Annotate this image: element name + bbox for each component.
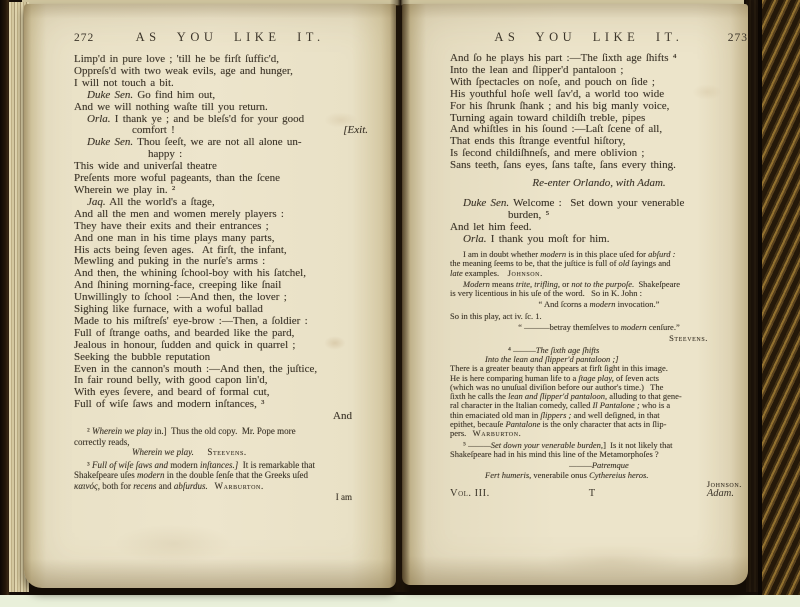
paper-stain xyxy=(114,524,234,564)
text-line: ² Wherein we play in.] Thus the old copy… xyxy=(74,426,368,437)
text-segment: And one man in his time plays many parts… xyxy=(74,232,275,244)
text-segment: It is remarkable that xyxy=(238,460,315,470)
text-segment: “ And ſcorns a xyxy=(539,299,590,309)
footnote: ———PatremqueFert humeris, venerabile onu… xyxy=(450,461,748,489)
signature-line: Vol. III. T Adam. xyxy=(450,488,748,499)
book-cover-right-edge xyxy=(758,0,800,595)
text-line: correctly reads, xyxy=(74,437,368,448)
left-page: 272 AS YOU LIKE IT. Limp'd in pure love … xyxy=(24,4,396,588)
footnote: I am in doubt whether modern is in this … xyxy=(450,250,748,278)
text-segment: ſayings and xyxy=(629,258,670,268)
text-segment xyxy=(194,447,208,457)
text-segment: Jaq. xyxy=(87,196,106,208)
footnote: ² Wherein we play in.] Thus the old copy… xyxy=(74,426,368,458)
text-segment: Full of ſtrange oaths, and bearded like … xyxy=(74,327,294,339)
text-segment: is the only character that acts in ſlip- xyxy=(540,419,666,429)
book-scan: 272 AS YOU LIKE IT. Limp'd in pure love … xyxy=(0,0,800,607)
text-segment: They have their exits and their entrance… xyxy=(74,220,269,232)
catchword: Adam. xyxy=(644,488,748,499)
text-line: So in this play, act iv. ſc. 1. xyxy=(450,312,748,321)
text-segment: καινός, xyxy=(74,481,100,491)
text-segment: Turning again toward childiſh treble, pi… xyxy=(450,112,645,124)
text-segment: Jealous in honour, ſudden and quick in q… xyxy=(74,339,295,351)
text-segment: Full of wiſe ſaws and xyxy=(92,460,168,470)
text-segment: I will not touch a bit. xyxy=(74,77,174,89)
text-segment: “ ———betray themſelves to xyxy=(518,322,620,332)
text-segment: Limp'd in pure love ; 'till he be firſt … xyxy=(74,53,279,65)
footnote: So in this play, act iv. ſc. 1. xyxy=(450,312,748,321)
text-segment xyxy=(208,481,215,491)
text-segment: modern xyxy=(137,470,165,480)
text-line: late examples. Johnson. xyxy=(450,269,748,278)
text-segment: And we will nothing waſte till you retur… xyxy=(74,101,268,113)
footnote: ⁴ ———The ſixth age ſhiftsInto the lean a… xyxy=(450,346,748,439)
text-line: Sans teeth, ſans eyes, ſans taſte, ſans … xyxy=(450,160,748,172)
text-segment: Wherein we play in. ² xyxy=(74,184,175,196)
text-line: is very licentious in his uſe of the wor… xyxy=(450,289,748,298)
text-line: Orla. I thank ye ; and be bleſs'd for yo… xyxy=(74,114,368,126)
text-line: I am xyxy=(74,492,368,503)
text-line: And xyxy=(74,411,368,423)
text-segment: Made to his miſtreſs' eye-brow :—Then, a… xyxy=(74,315,308,327)
text-segment: This wide and univerſal theatre xyxy=(74,160,217,172)
text-segment: Wherein we play xyxy=(92,426,154,436)
text-segment: Oppreſs'd with two weak evils, age and h… xyxy=(74,65,293,77)
text-segment: modern xyxy=(590,299,616,309)
text-segment: [Exit. xyxy=(343,125,368,137)
text-line: pers. Warburton. xyxy=(450,429,748,438)
text-segment: Into the lean and ſlipper'd pantaloon ; xyxy=(450,64,624,76)
text-segment: Steevens. xyxy=(669,333,708,343)
text-segment: Is ſecond childiſhneſs, and mere oblivio… xyxy=(450,147,644,159)
text-segment: Go find him out, xyxy=(133,89,215,101)
right-page-number: 273 xyxy=(728,32,748,44)
text-line: Wherein we play. Steevens. xyxy=(74,447,368,458)
text-segment: And then, the whining ſchool-boy with hi… xyxy=(74,267,306,279)
text-line: Re-enter Orlando, with Adam. xyxy=(450,178,748,190)
text-segment: Re-enter Orlando, with Adam. xyxy=(532,177,665,189)
text-segment: is very licentious in his uſe of the wor… xyxy=(450,288,642,298)
text-segment: Shakeſpeare had in his mind this line of… xyxy=(450,449,659,459)
text-segment: Duke Sen. xyxy=(463,197,509,209)
text-segment: Preſents more woful pageants, than the ſ… xyxy=(74,172,280,184)
text-segment: Mewling and puking in the nurſe's arms : xyxy=(74,255,265,267)
text-segment: Seeking the bubble reputation xyxy=(74,351,210,363)
text-segment: Sighing like furnace, with a woful balla… xyxy=(74,303,263,315)
footnote: ⁵ ———Set down your venerable burden,] Is… xyxy=(450,441,748,460)
text-segment: And whiſtles in his ſound :—Laſt ſcene o… xyxy=(450,123,662,135)
text-segment: pers. xyxy=(450,428,473,438)
text-line: ³ Full of wiſe ſaws and modern inſtances… xyxy=(74,460,368,471)
text-segment: So in this play, act iv. ſc. 1. xyxy=(450,311,542,321)
right-running-title: AS YOU LIKE IT. xyxy=(450,30,728,45)
text-segment: comfort ! xyxy=(132,124,175,136)
left-footnotes: ² Wherein we play in.] Thus the old copy… xyxy=(74,426,368,502)
text-segment: That ends this ſtrange eventful hiſtory, xyxy=(450,135,625,147)
text-segment: Sans teeth, ſans eyes, ſans taſte, ſans … xyxy=(450,159,676,171)
text-segment: late xyxy=(450,268,463,278)
left-running-head: 272 AS YOU LIKE IT. xyxy=(74,30,366,45)
footnote: Steevens. xyxy=(450,334,748,343)
footnote: ³ Full of wiſe ſaws and modern inſtances… xyxy=(74,460,368,502)
scanner-bed xyxy=(0,595,800,607)
text-segment: In fair round belly, with good capon lin… xyxy=(74,374,268,386)
text-segment: And xyxy=(333,410,352,422)
text-segment: All the world's a ſtage, xyxy=(106,196,215,208)
volume-label: Vol. III. xyxy=(450,488,540,499)
left-running-title: AS YOU LIKE IT. xyxy=(94,30,366,45)
text-segment: Warburton. xyxy=(215,481,264,491)
text-segment: happy : xyxy=(148,148,182,160)
text-segment: Full of wiſe ſaws and modern inſtances, … xyxy=(74,398,264,410)
text-segment: Unwillingly to ſchool :—And then, the lo… xyxy=(74,291,287,303)
footnote: “ ———betray themſelves to modern cenſure… xyxy=(450,323,748,332)
text-segment: Steevens. xyxy=(207,447,246,457)
right-page: AS YOU LIKE IT. 273 And ſo he plays his … xyxy=(402,4,748,585)
text-segment: Fert humeris, xyxy=(485,470,531,480)
text-line: Full of wiſe ſaws and modern inſtances, … xyxy=(74,399,368,411)
text-segment: inſtances.] xyxy=(200,460,238,470)
text-segment: examples. xyxy=(463,268,508,278)
text-segment: I thank you moſt for him. xyxy=(487,233,610,245)
left-page-number: 272 xyxy=(74,32,94,44)
text-segment: Warburton. xyxy=(473,428,522,438)
text-segment: And ſo he plays his part :—The ſixth age… xyxy=(450,52,677,64)
footnote: “ And ſcorns a modern invocation.” xyxy=(450,300,748,309)
right-running-head: AS YOU LIKE IT. 273 xyxy=(450,30,748,45)
text-segment: Thou ſeeſt, we are not all alone un- xyxy=(133,136,302,148)
text-segment: correctly reads, xyxy=(74,437,129,447)
stage-direction: Re-enter Orlando, with Adam. xyxy=(450,178,748,190)
text-line: Shakeſpeare had in his mind this line of… xyxy=(450,450,748,459)
text-segment: both for xyxy=(100,481,133,491)
text-segment: Wherein we play. xyxy=(132,447,194,457)
text-segment: Johnson. xyxy=(508,268,543,278)
footnote: Modern means trite, trifling, or not to … xyxy=(450,280,748,299)
text-segment: Orla. xyxy=(463,233,487,245)
text-segment: modern xyxy=(168,460,200,470)
text-segment: cenſure.” xyxy=(647,322,680,332)
text-segment: Duke Sen. xyxy=(87,89,133,101)
text-segment: recens xyxy=(133,481,156,491)
right-footnotes: I am in doubt whether modern is in this … xyxy=(450,250,748,489)
text-segment: Orla. xyxy=(87,113,111,125)
text-segment: His acts being ſeven ages. At firſt, the… xyxy=(74,244,287,256)
text-line: Steevens. xyxy=(450,334,748,343)
text-line: “ ———betray themſelves to modern cenſure… xyxy=(450,323,748,332)
text-segment: I am xyxy=(336,492,352,502)
text-line: Orla. I thank you moſt for him. xyxy=(450,234,748,246)
text-segment: And let him feed. xyxy=(450,221,531,233)
text-segment: abſurdus. xyxy=(174,481,208,491)
text-line: Duke Sen. Thou ſeeſt, we are not all alo… xyxy=(74,137,368,149)
text-segment: modern xyxy=(621,322,647,332)
text-segment: Even in the cannon's mouth :—And then, t… xyxy=(74,363,317,375)
text-segment: Welcome : Set down your venerable xyxy=(509,197,684,209)
text-segment: in.] Thus the old copy. Mr. Pope more xyxy=(154,426,295,436)
text-line: Duke Sen. Welcome : Set down your venera… xyxy=(450,198,748,210)
text-line: “ And ſcorns a modern invocation.” xyxy=(450,300,748,309)
text-segment: For his ſhrunk ſhank ; and his big manly… xyxy=(450,100,669,112)
text-segment: burden, ⁵ xyxy=(508,209,549,221)
text-segment: I thank ye ; and be bleſs'd for your goo… xyxy=(111,113,305,125)
text-segment: Cythereius heros. xyxy=(589,470,648,480)
text-segment: venerabile onus xyxy=(531,470,589,480)
paper-stain xyxy=(542,544,682,578)
right-body-speech: Duke Sen. Welcome : Set down your venera… xyxy=(450,198,748,246)
right-body-verse: And ſo he plays his part :—The ſixth age… xyxy=(450,53,748,172)
text-line: Shakeſpeare uſes modern in the double ſe… xyxy=(74,470,368,481)
text-segment: and xyxy=(156,481,174,491)
text-line: Fert humeris, venerabile onus Cythereius… xyxy=(450,471,748,480)
text-segment: His youthful hoſe well ſav'd, a world to… xyxy=(450,88,664,100)
text-segment: With eyes ſevere, and beard of formal cu… xyxy=(74,386,269,398)
text-line: καινός, both for recens and abſurdus. Wa… xyxy=(74,481,368,492)
text-segment: invocation.” xyxy=(616,299,660,309)
text-segment: And all the men and women merely players… xyxy=(74,208,284,220)
text-segment: old xyxy=(619,258,630,268)
text-segment: in the double ſenſe that the Greeks uſed xyxy=(164,470,307,480)
text-segment: Shakeſpeare uſes xyxy=(74,470,137,480)
text-segment: Duke Sen. xyxy=(87,136,133,148)
gathering-signature: T xyxy=(540,488,644,499)
left-body-text: Limp'd in pure love ; 'till he be firſt … xyxy=(74,54,368,423)
text-segment: With ſpectacles on noſe, and pouch on ſi… xyxy=(450,76,655,88)
text-segment: And ſhining morning-face, creeping like … xyxy=(74,279,281,291)
